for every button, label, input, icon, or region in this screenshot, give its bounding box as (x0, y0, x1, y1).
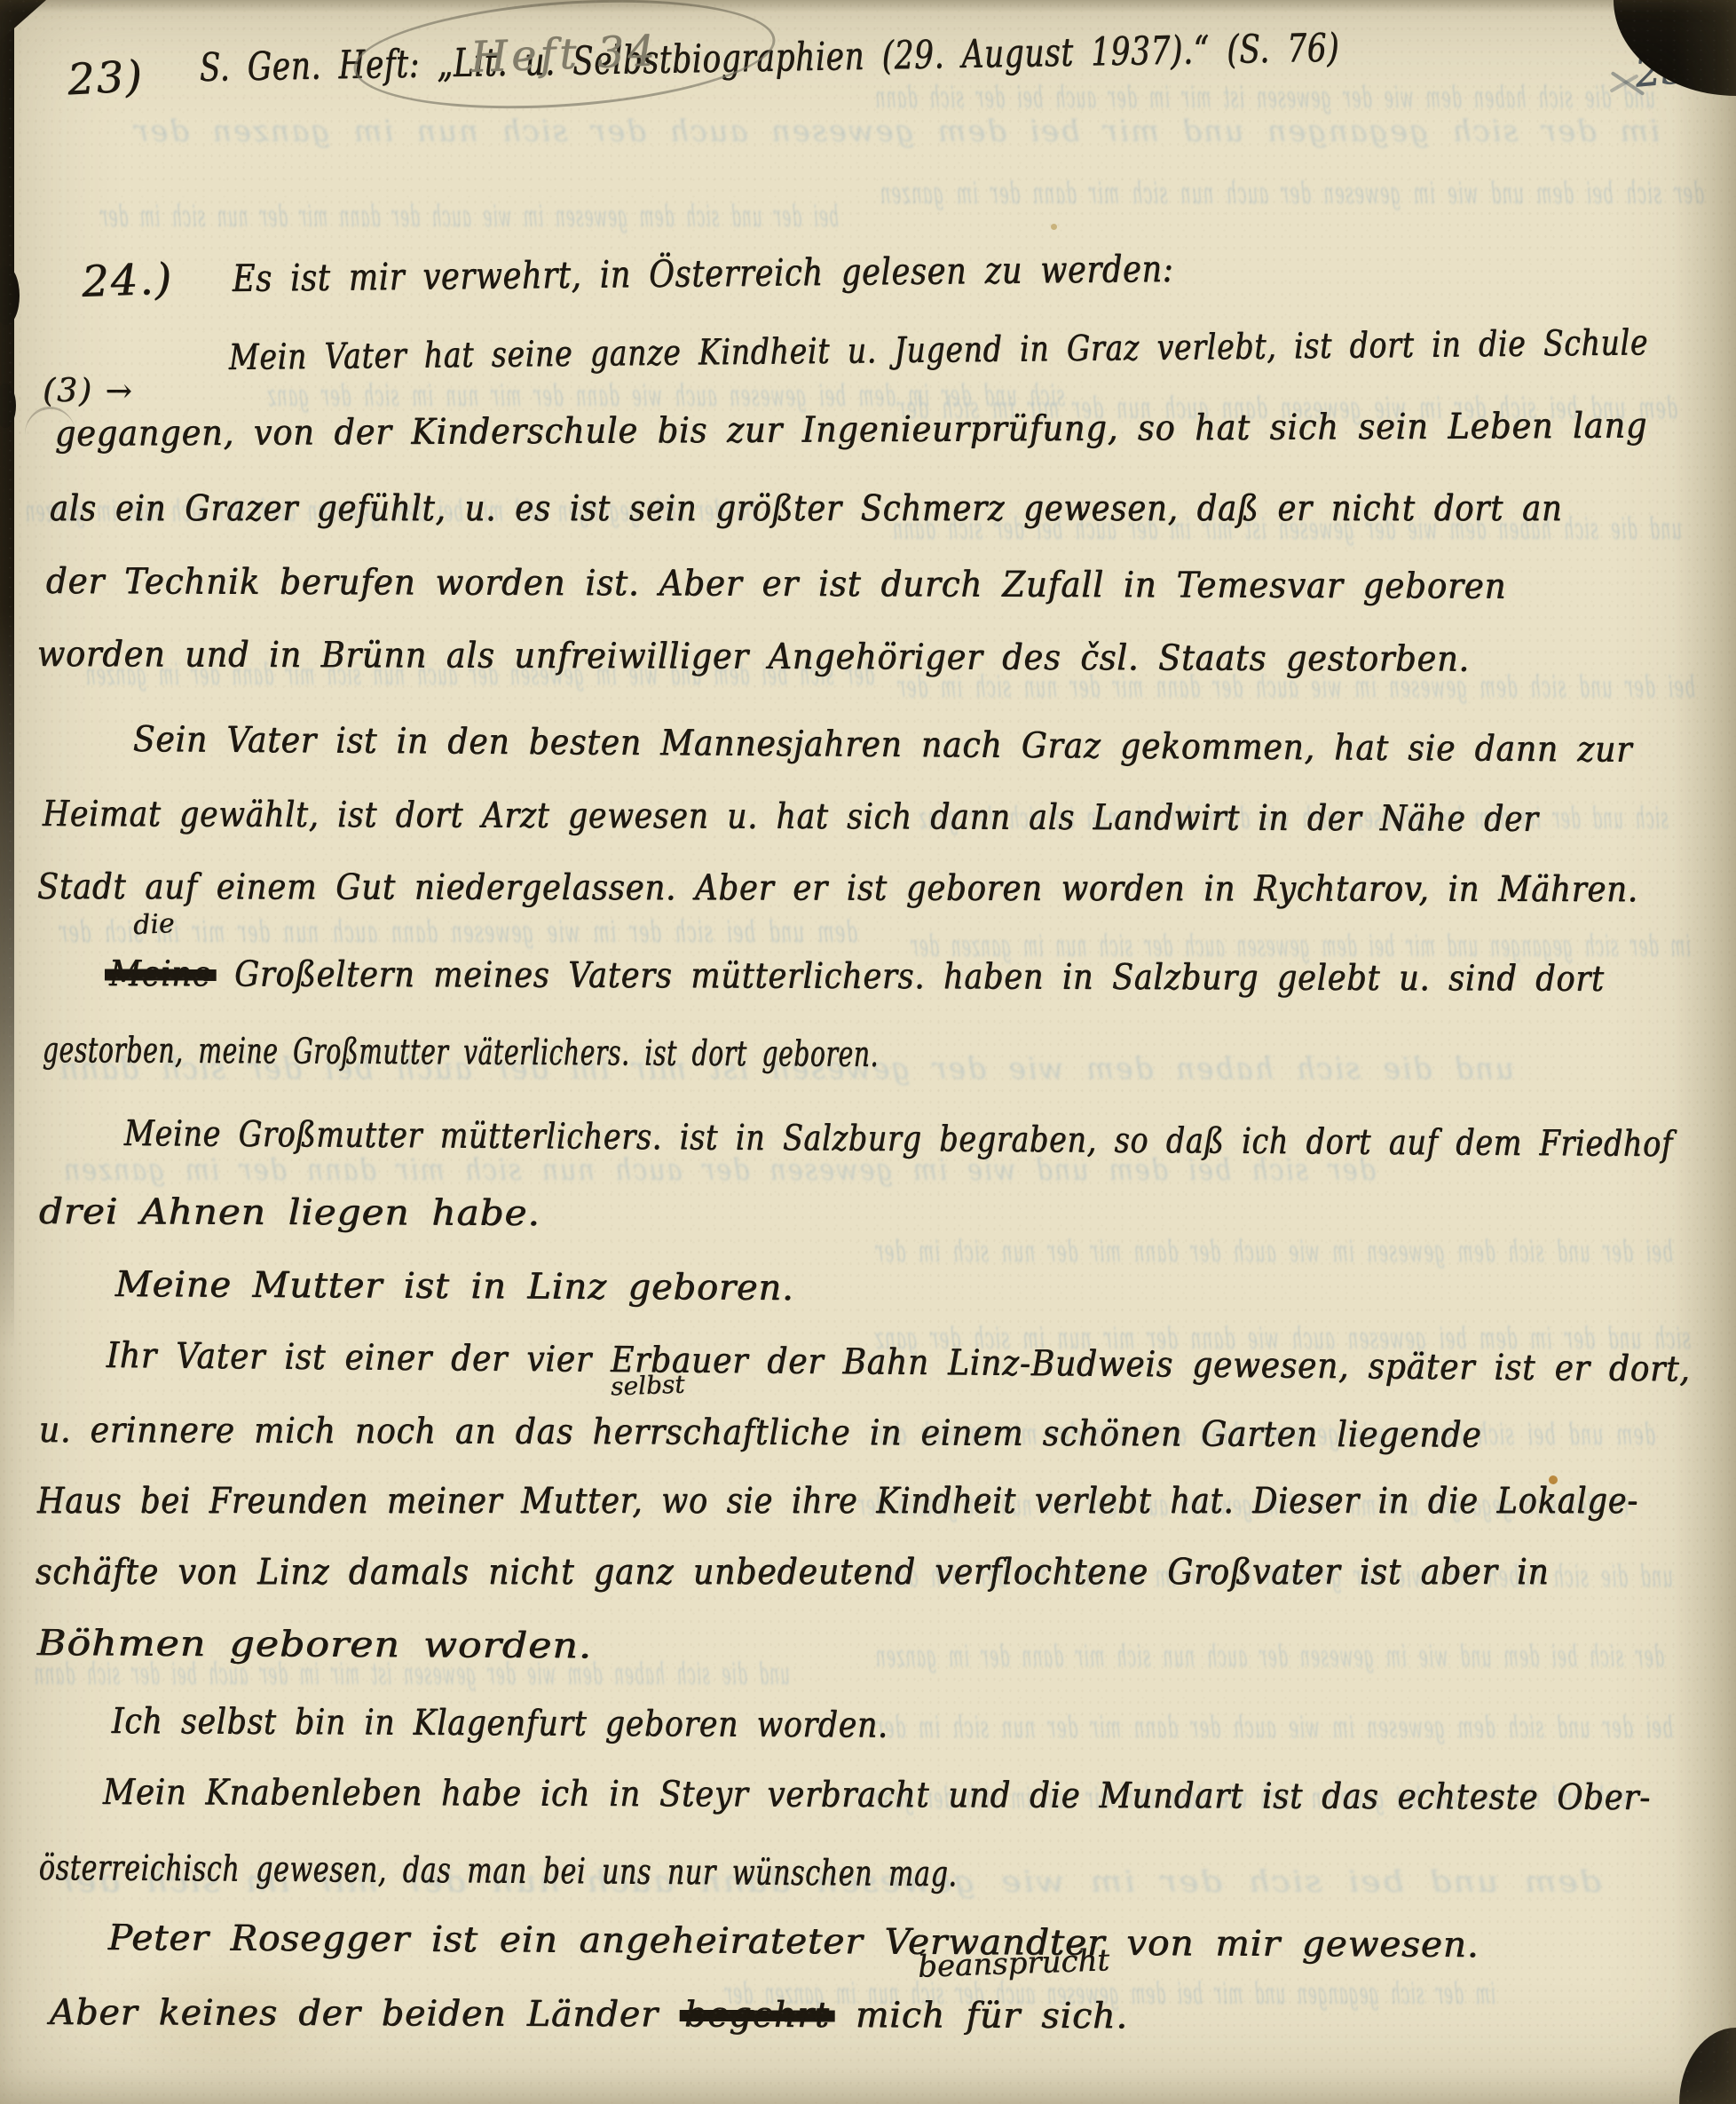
handwritten-line: der Technik berufen worden ist. Aber er … (46, 561, 1507, 607)
bleedthrough-line: und die sich haben dem wie der gewesen i… (874, 80, 1655, 115)
bleedthrough-line: bei der und sich dem gewesen im wie auch… (99, 199, 839, 234)
entry-23-number: 23) (67, 51, 146, 105)
entry-24-number: 24.) (81, 254, 174, 307)
line-text: mich für sich. (835, 1995, 1128, 2037)
margin-note: (3) → (43, 373, 134, 409)
scan-corner-top-left (0, 0, 46, 41)
bleedthrough-line: im der sich gegangen und mir bei dem gew… (132, 114, 1660, 149)
binding-blob (0, 266, 20, 325)
handwritten-line: Aber keines der beiden Länder begehrt mi… (50, 1992, 1128, 2037)
handwritten-line: Ich selbst bin in Klagenfurt geboren wor… (112, 1701, 888, 1746)
handwritten-line: Haus bei Freunden meiner Mutter, wo sie … (37, 1481, 1638, 1522)
insertion-selbst: selbst (610, 1370, 685, 1402)
bleedthrough-line: dem und bei sich der im wie gewesen dann… (59, 914, 857, 950)
bleedthrough-line: bei der und sich dem gewesen im wie auch… (875, 1710, 1673, 1745)
struck-word: Meine (105, 953, 217, 994)
bleedthrough-line: der sich bei dem und wie im gewesen der … (880, 176, 1704, 211)
insertion-die: die (132, 908, 175, 941)
bleedthrough-line: bei der und sich dem gewesen im wie auch… (875, 1234, 1673, 1270)
handwritten-line: Mein Knabenleben habe ich in Steyr verbr… (103, 1772, 1651, 1818)
scan-corner-bottom-right (1679, 2028, 1736, 2104)
handwritten-line: Stadt auf einem Gut niedergelassen. Aber… (37, 866, 1638, 910)
handwritten-line: österreichisch gewesen, das man bei uns … (39, 1847, 958, 1894)
handwritten-line: Meine Mutter ist in Linz geboren. (115, 1264, 794, 1309)
handwritten-line: Es ist mir verwehrt, in Österreich geles… (233, 248, 1174, 300)
handwritten-line: Sein Vater ist in den besten Mannesjahre… (133, 719, 1633, 771)
handwritten-line: gestorben, meine Großmutter väterlichers… (43, 1030, 879, 1075)
line-text: Großeltern meines Vaters mütterlichers. … (217, 953, 1606, 999)
handwritten-line: schäfte von Linz damals nicht ganz unbed… (36, 1552, 1550, 1593)
struck-word: begehrt (679, 1994, 835, 2036)
insertion-beansprucht: beansprucht (917, 1942, 1109, 1985)
handwritten-line: als ein Grazer gefühlt, u. es ist sein g… (50, 488, 1563, 529)
handwritten-line: Meine Großeltern meines Vaters mütterlic… (105, 953, 1605, 1000)
paper-speck (1051, 224, 1057, 230)
handwritten-line: u. erinnere mich noch an das herrschaftl… (39, 1410, 1482, 1456)
handwritten-line: worden und in Brünn als unfreiwilliger A… (37, 634, 1470, 680)
handwritten-line: gegangen, von der Kinderschule bis zur I… (55, 406, 1648, 455)
manuscript-page: im der sich gegangen und mir bei dem gew… (0, 0, 1736, 2104)
bleedthrough-line: der sich bei dem und wie im gewesen der … (875, 1639, 1664, 1674)
handwritten-line: Peter Rosegger ist ein angeheirateter Ve… (108, 1918, 1480, 1966)
handwritten-line: drei Ahnen liegen habe. (39, 1191, 541, 1234)
heft-annotation-circle: Heft 34 (350, 0, 778, 121)
handwritten-line: Mein Vater hat seine ganze Kindheit u. J… (229, 322, 1649, 378)
handwritten-line: Heimat gewählt, ist dort Arzt gewesen u.… (43, 794, 1539, 840)
binding-edge (0, 0, 14, 1349)
line-text: Aber keines der beiden Länder (50, 1992, 679, 2035)
handwritten-line: Böhmen geboren worden. (37, 1623, 592, 1666)
heft-annotation-label: Heft 34 (470, 26, 659, 82)
